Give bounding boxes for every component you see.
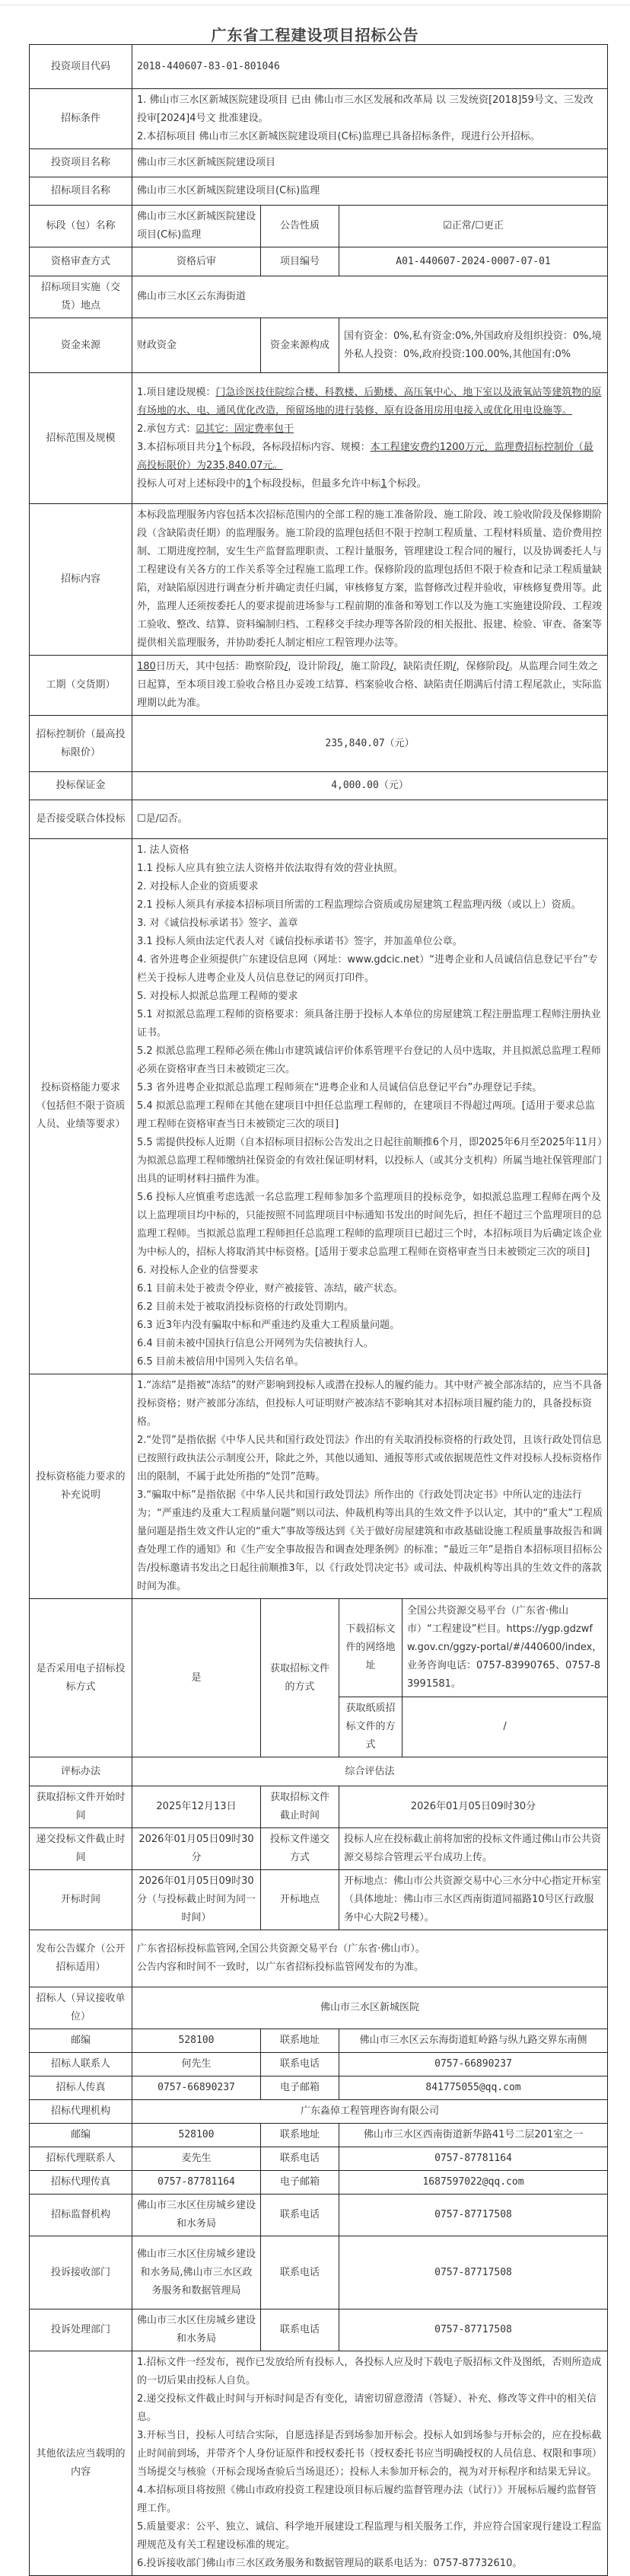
agency-fax-value: 0757-87781164 bbox=[132, 2171, 261, 2195]
period-text: 日历天，其中包括：勘察阶段 bbox=[156, 661, 285, 672]
conditions-line-2: 2.本招标项目 佛山市三水区新城医院建设项目(C标)监理已具备招标条件，现进行公… bbox=[137, 128, 603, 146]
row-supplement: 投标资格能力要求的补充说明 1.“冻结”是指被“冻结”的财产影响到投标人或潜在投… bbox=[30, 1374, 608, 1599]
project-code-label: 项目编号 bbox=[261, 247, 339, 276]
requirement-item: 5.2 拟派总监理工程师必须在佛山市建筑诚信评价体系管理平台登记的人员中选取，并… bbox=[137, 1042, 603, 1079]
supplement-item: 2.“处罚”是指依据《中华人民共和国行政处罚法》作出的有关取消投标资格的行政处罚… bbox=[137, 1432, 603, 1486]
requirement-item: 3.1 投标人须由法定代表人对《诚信投标承诺书》签字，并加盖单位公章。 bbox=[137, 933, 603, 951]
funding-label: 资金来源 bbox=[30, 318, 132, 373]
funding-structure-value: 国有资金：0%,私有资金:0%,外国政府及组织投资：0%,境外私人投资：0%,政… bbox=[339, 318, 608, 373]
complaint-handle-label: 投诉处理部门 bbox=[30, 2309, 132, 2351]
requirement-item: 5.4 拟派总监理工程师在其他在建项目中担任总监理工程师的，在建项目不得超过两项… bbox=[137, 1097, 603, 1134]
tenderer-zip-label: 邮编 bbox=[30, 2029, 132, 2053]
supervision-phone-label: 联系电话 bbox=[261, 2195, 339, 2236]
obtain-method-label: 获取招标文件的方式 bbox=[261, 1599, 339, 1757]
complaint-receive-value: 佛山市三水区住房城乡建设和水务局,佛山市三水区政务服务和数据管理局 bbox=[132, 2236, 261, 2309]
top-divider bbox=[0, 5, 630, 5]
scope-item-4-b: 个标段投标，但最多允许中标 bbox=[252, 478, 380, 490]
other-item: 4.本招标项目将按照《佛山市政府投资工程建设项目标后履约监督管理办法（试行）》开… bbox=[137, 2482, 603, 2518]
row-ebid-download: 是否采用电子招标投标方式 是 获取招标文件的方式 下载招标文件的网络地址 全国公… bbox=[30, 1599, 608, 1697]
ebid-label: 是否采用电子招标投标方式 bbox=[30, 1599, 132, 1757]
complaint-receive-phone-value: 0757-87717508 bbox=[339, 2236, 608, 2309]
row-tenderer-contact: 招标人联系人 何先生 联系电话 0757-66890237 bbox=[30, 2053, 608, 2076]
scope-item-3-middle: 个标段，各标段招标内容、规模： bbox=[222, 442, 371, 453]
agency-email-value[interactable]: 1687597022@qq.com bbox=[339, 2171, 608, 2195]
row-qualify: 资格审查方式 资格后审 项目编号 A01-440607-2024-0007-07… bbox=[30, 247, 608, 276]
row-other: 其他依法应当载明的内容 1.招标文件一经发布，视作已发放给所有投标人，各投标人应… bbox=[30, 2351, 608, 2576]
supplement-value: 1.“冻结”是指被“冻结”的财产影响到投标人或潜在投标人的履约能力。其中财产被全… bbox=[132, 1374, 608, 1599]
other-item: 5.质量要求：公平、独立、诚信、科学地开展建设工程监理与相关服务工作，并应符合国… bbox=[137, 2518, 603, 2555]
row-tender-name: 招标项目名称 佛山市三水区新城医院建设项目(C标)监理 bbox=[30, 177, 608, 206]
scope-item-4: 投标人可对上述标段中的1个标段投标，但最多允许中标1个标段。 bbox=[137, 475, 603, 493]
supervision-phone-value: 0757-87717508 bbox=[339, 2195, 608, 2236]
agency-phone-label: 联系电话 bbox=[261, 2147, 339, 2171]
submit-method-value: 投标人应在投标截止前将加密的投标文件通过佛山市公共资源交易综合管理云平台成功上传… bbox=[339, 1828, 608, 1870]
content-label: 招标内容 bbox=[30, 504, 132, 656]
agency-contact-label: 招标代理联系人 bbox=[30, 2147, 132, 2171]
requirements-label: 投标资格能力要求（包括但不限于资质人员、业绩等要求） bbox=[30, 839, 132, 1374]
agency-zip-value: 528100 bbox=[132, 2124, 261, 2147]
row-eval: 评标办法 综合评估法 bbox=[30, 1757, 608, 1786]
other-label: 其他依法应当载明的内容 bbox=[30, 2351, 132, 2576]
content-value: 本标段监理服务内容包括本次招标范围内的全部工程的施工准备阶段、施工阶段、竣工验收… bbox=[132, 504, 608, 656]
requirement-item: 4. 省外进粤企业须提供广东建设信息网（网址：www.gdcic.net）“进粤… bbox=[137, 951, 603, 988]
row-tenderer: 招标人（异议接收单位） 佛山市三水区新城医院 bbox=[30, 1987, 608, 2029]
requirement-item: 6.3 近3年内没有骗取中标和严重违约及重大工程质量问题。 bbox=[137, 1317, 603, 1335]
invest-name-label: 投资项目名称 bbox=[30, 149, 132, 177]
scope-item-4-a: 投标人可对上述标段中的 bbox=[137, 478, 246, 490]
row-invest-name: 投资项目名称 佛山市三水区新城医院建设项目 bbox=[30, 149, 608, 177]
row-opening: 开标时间 2026年01月05日09时30分（与投标截止时间为同一时间） 开标地… bbox=[30, 1870, 608, 1930]
notice-nature-value: ☑正常/☐更正 bbox=[339, 206, 608, 247]
row-content: 招标内容 本标段监理服务内容包括本次招标范围内的全部工程的施工准备阶段、施工阶段… bbox=[30, 504, 608, 656]
invest-code-label: 投资项目代码 bbox=[30, 45, 132, 89]
obtain-end-label: 获取招标文件截止时间 bbox=[261, 1786, 339, 1828]
other-item: 2.递交投标文件截止时间与开标时间是否有变化，请密切留意澄清（答疑）、补充、修改… bbox=[137, 2390, 603, 2427]
complaint-receive-label: 投诉接收部门 bbox=[30, 2236, 132, 2309]
notice-nature-label: 公告性质 bbox=[261, 206, 339, 247]
agency-fax-label: 招标代理传真 bbox=[30, 2171, 132, 2195]
row-supervision: 招标监督机构 佛山市三水区住房城乡建设和水务局 联系电话 0757-877175… bbox=[30, 2195, 608, 2236]
tenderer-zip-value: 528100 bbox=[132, 2029, 261, 2053]
period-text: ，设计阶段 bbox=[288, 661, 337, 672]
deposit-label: 投标保证金 bbox=[30, 772, 132, 800]
row-agency-contact: 招标代理联系人 麦先生 联系电话 0757-87781164 bbox=[30, 2147, 608, 2171]
tenderer-contact-value: 何先生 bbox=[132, 2053, 261, 2076]
opening-place-value: 开标地点：佛山市公共资源交易中心三水分中心指定开标室（具体地址：佛山市三水区西南… bbox=[339, 1870, 608, 1930]
requirement-item: 1. 法人资格 bbox=[137, 841, 603, 860]
row-tenderer-zip: 邮编 528100 联系地址 佛山市三水区云东海街道虹岭路与纵九路交界东南侧 bbox=[30, 2029, 608, 2053]
tenderer-value: 佛山市三水区新城医院 bbox=[132, 1987, 608, 2029]
tenderer-label: 招标人（异议接收单位） bbox=[30, 1987, 132, 2029]
scope-item-2-prefix: 2.承包方式： bbox=[137, 423, 196, 435]
requirement-item: 6.2 目前未处于被取消投标资格的行政处罚期内。 bbox=[137, 1298, 603, 1317]
conditions-line-1: 1. 佛山市三水区新城医院建设项目 已由 佛山市三水区发展和改革局 以 三发统资… bbox=[137, 91, 603, 128]
submit-method-label: 投标文件递交方式 bbox=[261, 1828, 339, 1870]
scope-item-2-value: ☑其它：固定费率包干 bbox=[196, 423, 294, 435]
scope-item-1: 1.项目建设规模：门急诊医技住院综合楼、科教楼、后勤楼、高压氧中心、地下室以及液… bbox=[137, 384, 603, 420]
paper-method-value: / bbox=[402, 1697, 608, 1757]
obtain-start-label: 获取招标文件开始时间 bbox=[30, 1786, 132, 1828]
control-price-value: 235,840.07（元） bbox=[132, 716, 608, 772]
row-consortium: 是否接受联合体投标 ☐是/☑否。 bbox=[30, 800, 608, 839]
tenderer-phone-label: 联系电话 bbox=[261, 2053, 339, 2076]
paper-method-label: 获取纸质招标文件的方式 bbox=[339, 1697, 402, 1757]
tender-notice-table: 投资项目代码 2018-440607-83-01-801046 招标条件 1. … bbox=[29, 44, 608, 2576]
tender-name-value: 佛山市三水区新城医院建设项目(C标)监理 bbox=[132, 177, 608, 206]
row-obtain-time: 获取招标文件开始时间 2025年12月13日 获取招标文件截止时间 2026年0… bbox=[30, 1786, 608, 1828]
tender-name-label: 招标项目名称 bbox=[30, 177, 132, 206]
scope-item-4-c: 个标段。 bbox=[387, 478, 427, 490]
requirement-item: 5.5 需提供投标人近期（自本招标项目招标公告发出之日起往前顺推6个月，即202… bbox=[137, 1134, 603, 1189]
requirement-item: 6. 对投标人企业的信誉要求 bbox=[137, 1262, 603, 1280]
opening-place-label: 开标地点 bbox=[261, 1870, 339, 1930]
invest-name-value: 佛山市三水区新城医院建设项目 bbox=[132, 149, 608, 177]
media-label: 发布公告媒介（公开招标适用） bbox=[30, 1930, 132, 1987]
row-period: 工期（交货期） 180日历天，其中包括：勘察阶段/，设计阶段/，施工阶段/，缺陷… bbox=[30, 656, 608, 716]
scope-item-1-prefix: 1.项目建设规模： bbox=[137, 387, 215, 398]
period-days: 180 bbox=[137, 661, 156, 672]
submit-deadline-value: 2026年01月05日09时30分 bbox=[132, 1828, 261, 1870]
project-code-value: A01-440607-2024-0007-07-01 bbox=[339, 247, 608, 276]
complaint-handle-phone-value: 0757-87717508 bbox=[339, 2309, 608, 2351]
row-media: 发布公告媒介（公开招标适用） 广东省招标投标监管网,全国公共资源交易平台（广东省… bbox=[30, 1930, 608, 1987]
complaint-receive-phone-label: 联系电话 bbox=[261, 2236, 339, 2309]
requirements-value: 1. 法人资格 1.1 投标人应具有独立法人资格并依法取得有效的营业执照。 2.… bbox=[132, 839, 608, 1374]
obtain-start-value: 2025年12月13日 bbox=[132, 1786, 261, 1828]
opening-time-value: 2026年01月05日09时30分（与投标截止时间为同一时间） bbox=[132, 1870, 261, 1930]
period-text: ，缺陷责任期 bbox=[393, 661, 453, 672]
supervision-label: 招标监督机构 bbox=[30, 2195, 132, 2236]
agency-value: 广东淼倬工程管理咨询有限公司 bbox=[132, 2100, 608, 2124]
other-item: 1.招标文件一经发布，视作已发放给所有投标人，各投标人应及时下载电子版招标文件及… bbox=[137, 2354, 603, 2390]
win-section-count: 1 bbox=[380, 478, 387, 490]
obtain-end-value: 2026年01月05日09时30分 bbox=[339, 1786, 608, 1828]
section-name-label: 标段（包）名称 bbox=[30, 206, 132, 247]
period-text: ，施工阶段 bbox=[341, 661, 390, 672]
download-address-value[interactable]: 全国公共资源交易平台（广东省·佛山市）“工程建设”栏目。https://ygp.… bbox=[402, 1599, 608, 1697]
scope-label: 招标范围及规模 bbox=[30, 373, 132, 504]
supplement-item: 1.“冻结”是指被“冻结”的财产影响到投标人或潜在投标人的履约能力。其中财产被全… bbox=[137, 1377, 603, 1432]
page-title: 广东省工程建设项目招标公告 bbox=[0, 23, 630, 45]
qualify-label: 资格审查方式 bbox=[30, 247, 132, 276]
row-submit: 递交投标文件截止时间 2026年01月05日09时30分 投标文件递交方式 投标… bbox=[30, 1828, 608, 1870]
complaint-handle-value: 佛山市三水区住房城乡建设和水务局 bbox=[132, 2309, 261, 2351]
tenderer-address-value: 佛山市三水区云东海街道虹岭路与纵九路交界东南侧 bbox=[339, 2029, 608, 2053]
location-label: 招标项目实施（交货）地点 bbox=[30, 276, 132, 318]
funding-value: 财政资金 bbox=[132, 318, 261, 373]
consortium-value: ☐是/☑否。 bbox=[132, 800, 608, 839]
row-conditions: 招标条件 1. 佛山市三水区新城医院建设项目 已由 佛山市三水区发展和改革局 以… bbox=[30, 89, 608, 149]
period-label: 工期（交货期） bbox=[30, 656, 132, 716]
row-agency: 招标代理机构 广东淼倬工程管理咨询有限公司 bbox=[30, 2100, 608, 2124]
tenderer-address-label: 联系地址 bbox=[261, 2029, 339, 2053]
row-tenderer-fax: 招标人传真 0757-66890237 电子邮箱 841775055@qq.co… bbox=[30, 2076, 608, 2100]
supervision-value: 佛山市三水区住房城乡建设和水务局 bbox=[132, 2195, 261, 2236]
requirement-item: 5.1 对拟派总监理工程师的资格要求：须具备注册于投标人本单位的房屋建筑工程注册… bbox=[137, 1006, 603, 1042]
tenderer-email-value[interactable]: 841775055@qq.com bbox=[339, 2076, 608, 2100]
other-value: 1.招标文件一经发布，视作已发放给所有投标人，各投标人应及时下载电子版招标文件及… bbox=[132, 2351, 608, 2576]
agency-email-label: 电子邮箱 bbox=[261, 2171, 339, 2195]
eval-value: 综合评估法 bbox=[132, 1757, 608, 1786]
row-control-price: 招标控制价（最高投标限价） 235,840.07（元） bbox=[30, 716, 608, 772]
tenderer-fax-label: 招标人传真 bbox=[30, 2076, 132, 2100]
agency-contact-value: 麦先生 bbox=[132, 2147, 261, 2171]
row-complaint-receive: 投诉接收部门 佛山市三水区住房城乡建设和水务局,佛山市三水区政务服务和数据管理局… bbox=[30, 2236, 608, 2309]
ebid-value: 是 bbox=[132, 1599, 261, 1757]
tenderer-fax-value: 0757-66890237 bbox=[132, 2076, 261, 2100]
other-item: 3.开标当日，投标人可结合实际，自愿选择是否到场参加开标会。投标人如到场参与开标… bbox=[137, 2427, 603, 2482]
conditions-value: 1. 佛山市三水区新城医院建设项目 已由 佛山市三水区发展和改革局 以 三发统资… bbox=[132, 89, 608, 149]
row-funding: 资金来源 财政资金 资金来源构成 国有资金：0%,私有资金:0%,外国政府及组织… bbox=[30, 318, 608, 373]
period-text: ，保修阶段 bbox=[456, 661, 505, 672]
row-section-name: 标段（包）名称 佛山市三水区新城医院建设项目(C标)监理 公告性质 ☑正常/☐更… bbox=[30, 206, 608, 247]
complaint-handle-phone-label: 联系电话 bbox=[261, 2309, 339, 2351]
deposit-value: 4,000.00（元） bbox=[132, 772, 608, 800]
requirement-item: 3. 对《诚信投标承诺书》签字、盖章 bbox=[137, 915, 603, 933]
requirement-item: 1.1 投标人应具有独立法人资格并依法取得有效的营业执照。 bbox=[137, 860, 603, 878]
section-count: 1 bbox=[215, 442, 221, 453]
funding-structure-label: 资金来源构成 bbox=[261, 318, 339, 373]
period-value: 180日历天，其中包括：勘察阶段/，设计阶段/，施工阶段/，缺陷责任期/，保修阶… bbox=[132, 656, 608, 716]
other-item: 6.投诉接收部门佛山市三水区政务服务和数据管理局的联系电话为：0757-8773… bbox=[137, 2555, 603, 2573]
control-price-label: 招标控制价（最高投标限价） bbox=[30, 716, 132, 772]
media-line-1: 广东省招标投标监管网,全国公共资源交易平台（广东省·佛山市）。 bbox=[137, 1940, 603, 1958]
requirement-item: 2. 对投标人企业的资质要求 bbox=[137, 878, 603, 896]
requirement-item: 5.3 省外进粤企业拟派总监理工程师须在“进粤企业和人员诚信信息登记平台”办理登… bbox=[137, 1079, 603, 1097]
scope-item-2: 2.承包方式：☑其它：固定费率包干 bbox=[137, 420, 603, 439]
requirement-item: 5. 对投标人拟派总监理工程师的要求 bbox=[137, 988, 603, 1006]
qualify-value: 资格后审 bbox=[132, 247, 261, 276]
agency-address-label: 联系地址 bbox=[261, 2124, 339, 2147]
requirement-item: 2.1 投标人须具有承接本招标项目所需的工程监理综合资质或房屋建筑工程监理丙级（… bbox=[137, 896, 603, 915]
consortium-label: 是否接受联合体投标 bbox=[30, 800, 132, 839]
row-invest-code: 投资项目代码 2018-440607-83-01-801046 bbox=[30, 45, 608, 89]
tenderer-contact-label: 招标人联系人 bbox=[30, 2053, 132, 2076]
scope-item-3-prefix: 3.本招标项目共分 bbox=[137, 442, 215, 453]
agency-label: 招标代理机构 bbox=[30, 2100, 132, 2124]
row-requirements: 投标资格能力要求（包括但不限于资质人员、业绩等要求） 1. 法人资格 1.1 投… bbox=[30, 839, 608, 1374]
row-location: 招标项目实施（交货）地点 佛山市三水区云东海街道 bbox=[30, 276, 608, 318]
agency-zip-label: 邮编 bbox=[30, 2124, 132, 2147]
requirement-item: 6.4 目前未被中国执行信息公开网列为失信被执行人。 bbox=[137, 1335, 603, 1353]
scope-item-3: 3.本招标项目共分1个标段，各标段招标内容、规模：本工程建安费约1200万元，监… bbox=[137, 439, 603, 475]
agency-address-value: 佛山市三水区西南街道新华路41号二层201室之一 bbox=[339, 2124, 608, 2147]
row-agency-fax: 招标代理传真 0757-87781164 电子邮箱 1687597022@qq.… bbox=[30, 2171, 608, 2195]
tenderer-phone-value: 0757-66890237 bbox=[339, 2053, 608, 2076]
submit-deadline-label: 递交投标文件截止时间 bbox=[30, 1828, 132, 1870]
conditions-label: 招标条件 bbox=[30, 89, 132, 149]
supplement-label: 投标资格能力要求的补充说明 bbox=[30, 1374, 132, 1599]
media-line-2: 公告内容和时间不一致时，以广东省招标投标监管网发布的为准。 bbox=[137, 1958, 603, 1977]
tenderer-email-label: 电子邮箱 bbox=[261, 2076, 339, 2100]
requirement-item: 5.6 投标人应慎重考虑选派一名总监理工程师参加多个监理项目的投标竞争，如拟派总… bbox=[137, 1189, 603, 1262]
media-value: 广东省招标投标监管网,全国公共资源交易平台（广东省·佛山市）。 公告内容和时间不… bbox=[132, 1930, 608, 1987]
eval-label: 评标办法 bbox=[30, 1757, 132, 1786]
agency-phone-value: 0757-87781164 bbox=[339, 2147, 608, 2171]
section-name-value: 佛山市三水区新城医院建设项目(C标)监理 bbox=[132, 206, 261, 247]
download-address-label: 下载招标文件的网络地址 bbox=[339, 1599, 402, 1697]
row-scope: 招标范围及规模 1.项目建设规模：门急诊医技住院综合楼、科教楼、后勤楼、高压氧中… bbox=[30, 373, 608, 504]
scope-value: 1.项目建设规模：门急诊医技住院综合楼、科教楼、后勤楼、高压氧中心、地下室以及液… bbox=[132, 373, 608, 504]
invest-code-value: 2018-440607-83-01-801046 bbox=[132, 45, 608, 89]
requirement-item: 6.1 目前未处于被责令停业，财产被接管、冻结，破产状态。 bbox=[137, 1280, 603, 1298]
requirement-item: 6.5 目前未被信用中国列入失信名单。 bbox=[137, 1353, 603, 1371]
row-deposit: 投标保证金 4,000.00（元） bbox=[30, 772, 608, 800]
supplement-item: 3.“骗取中标”是指依据《中华人民共和国行政处罚法》所作出的《行政处罚决定书》中… bbox=[137, 1486, 603, 1596]
row-complaint-handle: 投诉处理部门 佛山市三水区住房城乡建设和水务局 联系电话 0757-877175… bbox=[30, 2309, 608, 2351]
opening-time-label: 开标时间 bbox=[30, 1870, 132, 1930]
row-agency-zip: 邮编 528100 联系地址 佛山市三水区西南街道新华路41号二层201室之一 bbox=[30, 2124, 608, 2147]
location-value: 佛山市三水区云东海街道 bbox=[132, 276, 608, 318]
